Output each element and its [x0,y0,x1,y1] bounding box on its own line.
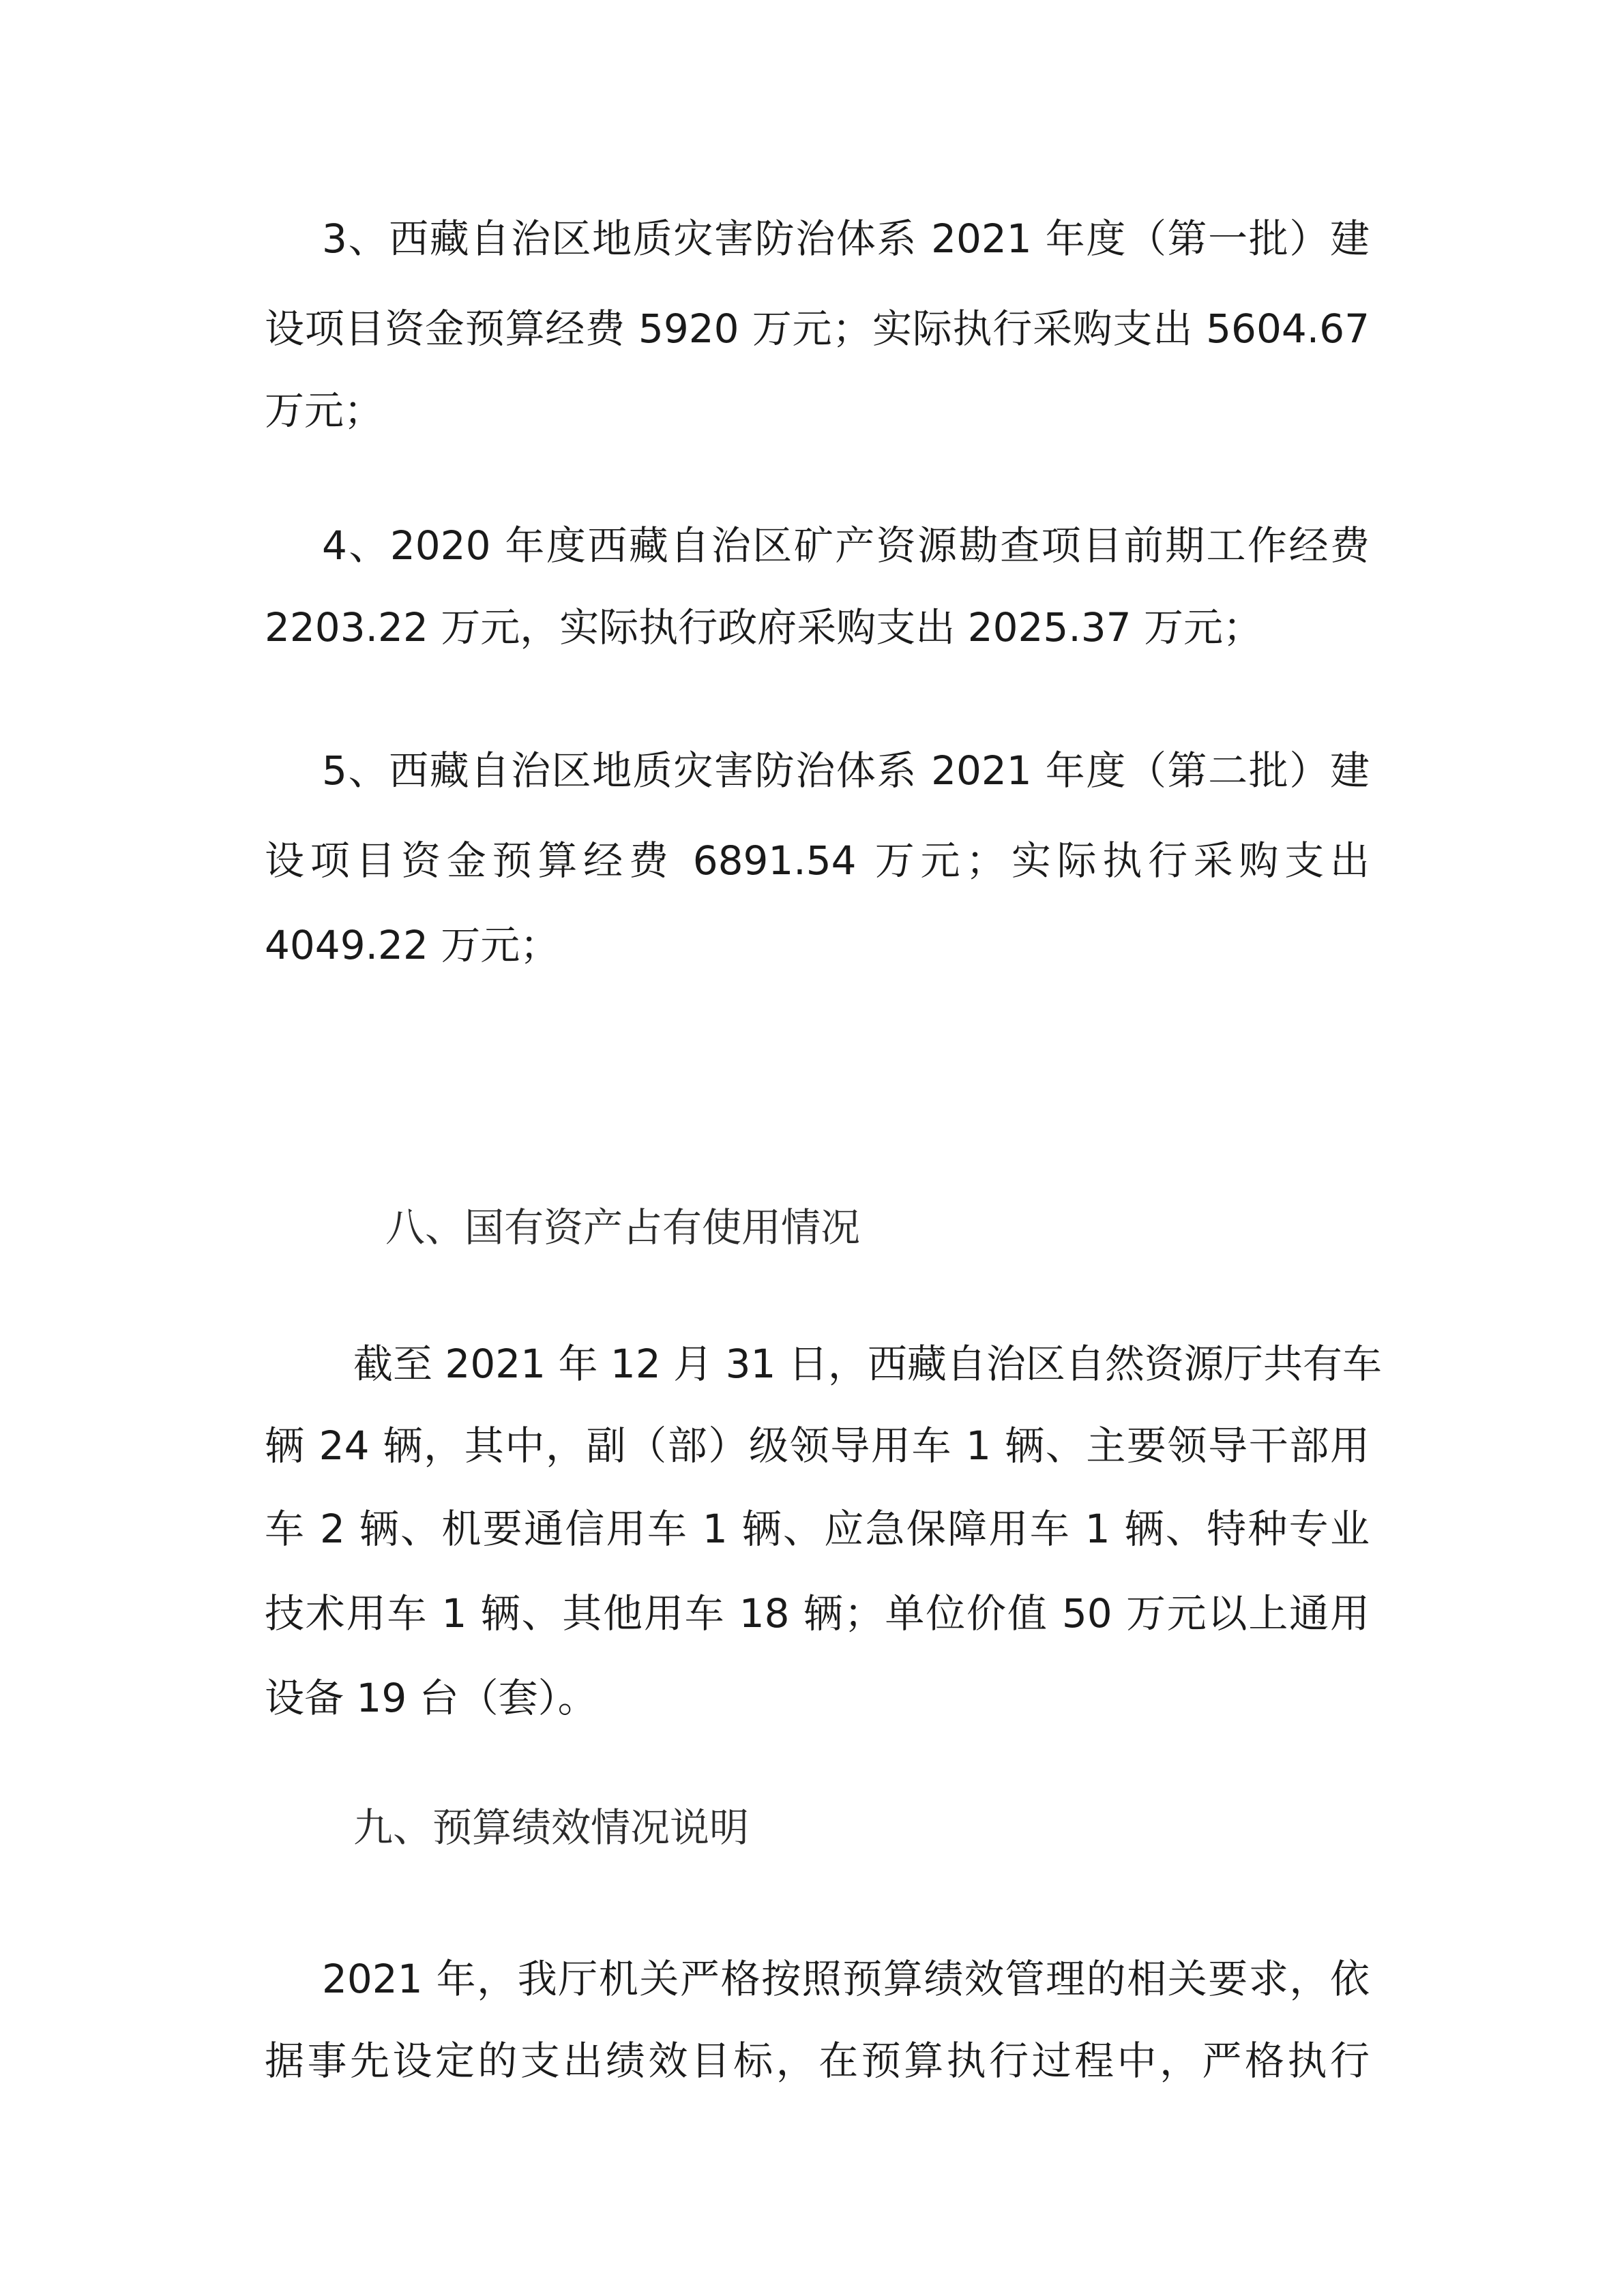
item-3-line-2: 设项目资金预算经费 5920 万元；实际执行采购支出 5604.67 [265,301,1370,356]
section-8-heading: 八、国有资产占有使用情况 [385,1200,1067,1255]
section-8-line-4: 技术用车 1 辆、其他用车 18 辆；单位价值 50 万元以上通用 [265,1586,1370,1641]
section-8-line-3: 车 2 辆、机要通信用车 1 辆、应急保障用车 1 辆、特种专业 [265,1502,1370,1556]
section-9-line-1: 2021 年，我厅机关严格按照预算绩效管理的相关要求，依 [322,1952,1370,2006]
section-9-heading: 九、预算绩效情况说明 [353,1800,1035,1855]
item-3-line-1: 3、西藏自治区地质灾害防治体系 2021 年度（第一批）建 [322,211,1370,266]
item-3-line-3: 万元； [265,383,1370,438]
item-4-line-2: 2203.22 万元，实际执行政府采购支出 2025.37 万元； [265,600,1370,655]
item-5-line-1: 5、西藏自治区地质灾害防治体系 2021 年度（第二批）建 [322,743,1370,798]
section-8-line-5: 设备 19 台（套）。 [265,1671,1370,1725]
item-5-line-3: 4049.22 万元； [265,918,1370,972]
section-8-line-2: 辆 24 辆，其中，副（部）级领导用车 1 辆、主要领导干部用 [265,1418,1370,1473]
item-4-line-1: 4、2020 年度西藏自治区矿产资源勘查项目前期工作经费 [322,518,1370,573]
section-9-line-2: 据事先设定的支出绩效目标，在预算执行过程中，严格执行 [265,2033,1370,2088]
item-5-line-2: 设项目资金预算经费 6891.54 万元；实际执行采购支出 [265,833,1370,888]
section-8-line-1: 截至 2021 年 12 月 31 日，西藏自治区自然资源厅共有车 [353,1337,1370,1391]
document-page: 3、西藏自治区地质灾害防治体系 2021 年度（第一批）建 设项目资金预算经费 … [0,0,1624,2296]
